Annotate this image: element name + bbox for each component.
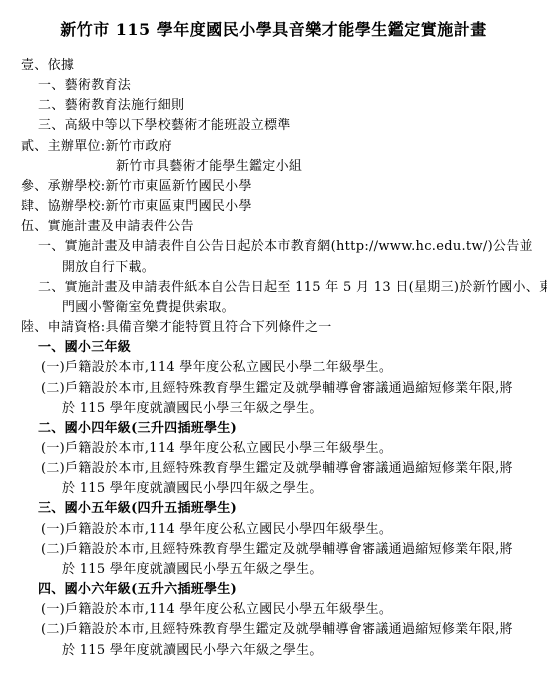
doc-line: 三、高級中等以下學校藝術才能班設立標準	[0, 116, 547, 136]
doc-line: 於 115 學年度就讀國民小學五年級之學生。	[0, 560, 547, 580]
doc-line: 於 115 學年度就讀國民小學三年級之學生。	[0, 399, 547, 419]
doc-line: (二)戶籍設於本市,且經特殊教育學生鑑定及就學輔導會審議通過縮短修業年限,將	[0, 540, 547, 560]
doc-line: 貳、主辦單位:新竹市政府	[0, 137, 547, 157]
doc-line: (一)戶籍設於本市,114 學年度公私立國民小學五年級學生。	[0, 600, 547, 620]
doc-line: 參、承辦學校:新竹市東區新竹國民小學	[0, 177, 547, 197]
doc-line: (二)戶籍設於本市,且經特殊教育學生鑑定及就學輔導會審議通過縮短修業年限,將	[0, 379, 547, 399]
doc-line: 四、國小六年級(五升六插班學生)	[0, 580, 547, 600]
doc-line: 肆、協辦學校:新竹市東區東門國民小學	[0, 197, 547, 217]
doc-line: 開放自行下載。	[0, 258, 547, 278]
doc-line: 門國小警衛室免費提供索取。	[0, 298, 547, 318]
doc-line: (二)戶籍設於本市,且經特殊教育學生鑑定及就學輔導會審議通過縮短修業年限,將	[0, 620, 547, 640]
doc-line: (一)戶籍設於本市,114 學年度公私立國民小學三年級學生。	[0, 439, 547, 459]
doc-line: 一、實施計畫及申請表件自公告日起於本市教育網(http://www.hc.edu…	[0, 237, 547, 257]
document-body: 壹、依據一、藝術教育法二、藝術教育法施行細則三、高級中等以下學校藝術才能班設立標…	[0, 56, 547, 661]
doc-line: 三、國小五年級(四升五插班學生)	[0, 499, 547, 519]
doc-line: 於 115 學年度就讀國民小學六年級之學生。	[0, 641, 547, 661]
doc-line: 一、藝術教育法	[0, 76, 547, 96]
doc-line: 一、國小三年級	[0, 338, 547, 358]
doc-line: (二)戶籍設於本市,且經特殊教育學生鑑定及就學輔導會審議通過縮短修業年限,將	[0, 459, 547, 479]
doc-line: (一)戶籍設於本市,114 學年度公私立國民小學四年級學生。	[0, 520, 547, 540]
doc-line: 陸、申請資格:具備音樂才能特質且符合下列條件之一	[0, 318, 547, 338]
doc-line: 壹、依據	[0, 56, 547, 76]
doc-line: 二、藝術教育法施行細則	[0, 96, 547, 116]
doc-line: (一)戶籍設於本市,114 學年度公私立國民小學二年級學生。	[0, 358, 547, 378]
doc-line: 於 115 學年度就讀國民小學四年級之學生。	[0, 479, 547, 499]
page-title: 新竹市 115 學年度國民小學具音樂才能學生鑑定實施計畫	[0, 20, 547, 40]
document-page: 新竹市 115 學年度國民小學具音樂才能學生鑑定實施計畫 壹、依據一、藝術教育法…	[0, 0, 547, 682]
doc-line: 新竹市具藝術才能學生鑑定小組	[0, 157, 547, 177]
doc-line: 伍、實施計畫及申請表件公告	[0, 217, 547, 237]
doc-line: 二、國小四年級(三升四插班學生)	[0, 419, 547, 439]
doc-line: 二、實施計畫及申請表件紙本自公告日起至 115 年 5 月 13 日(星期三)於…	[0, 278, 547, 298]
